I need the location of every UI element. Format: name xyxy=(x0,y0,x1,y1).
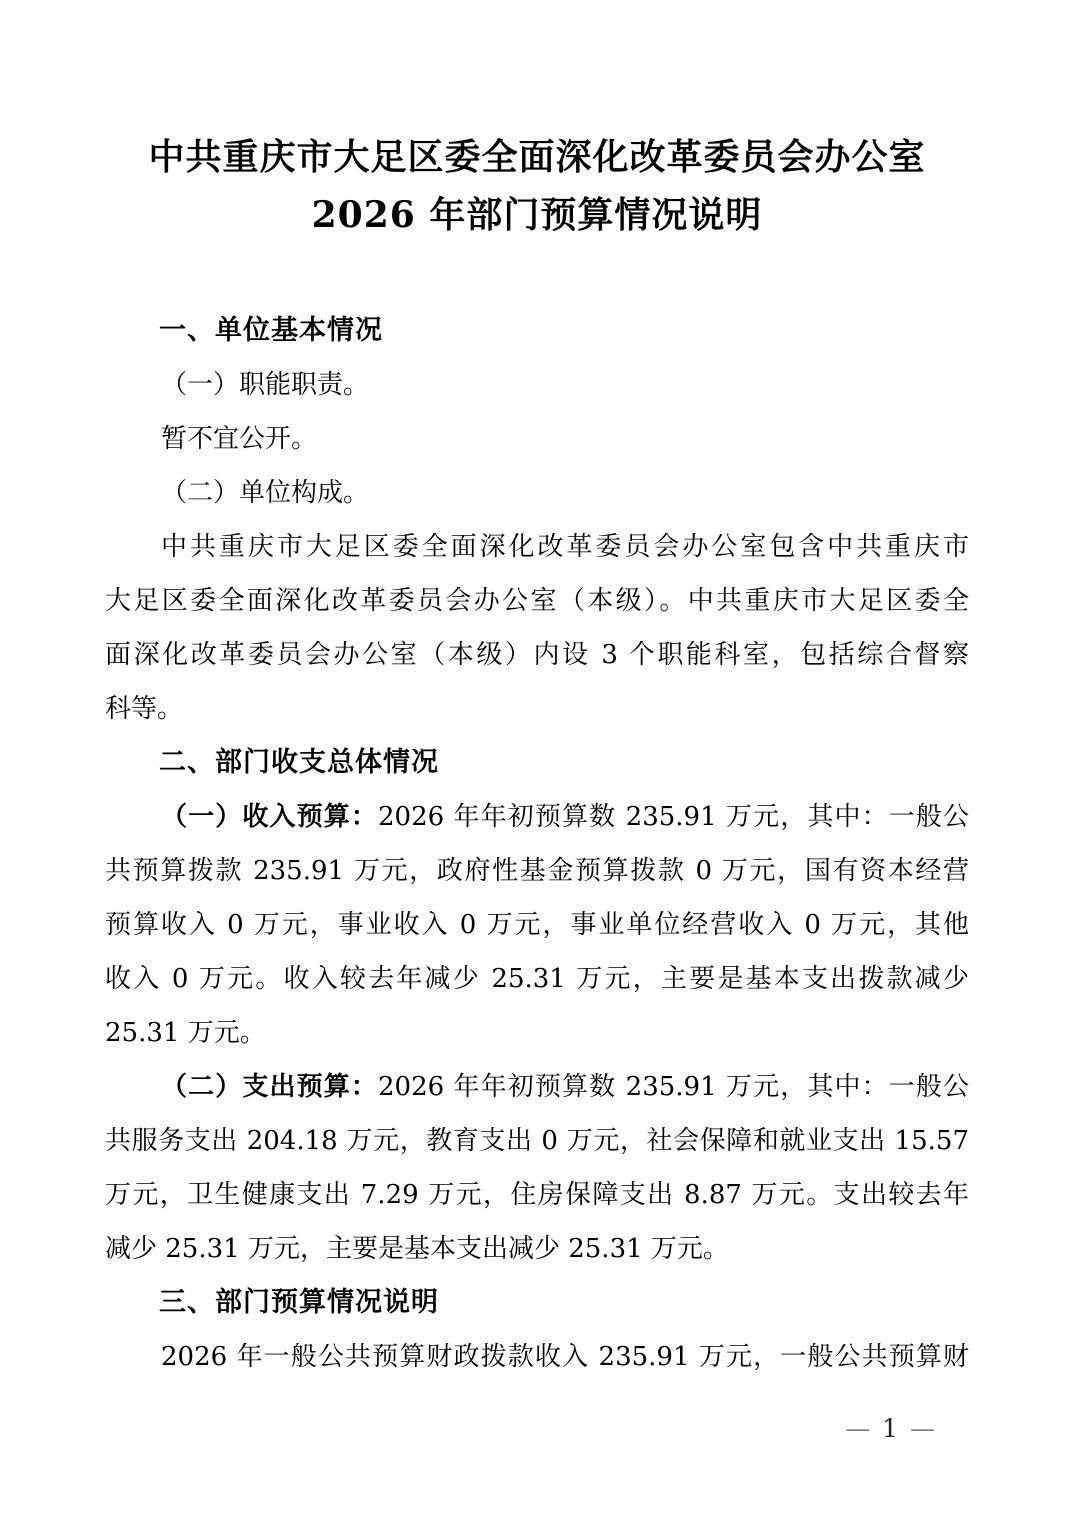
section1-paragraph-roles: （一）职能职责。 xyxy=(105,358,969,412)
page-number-dash-left: — xyxy=(845,1414,872,1443)
section3-paragraph-line1: 2026 年一般公共预算财政拨款收入 235.91 万元，一般公共预算财 xyxy=(105,1330,969,1384)
document-title-line1: 中共重庆市大足区委全面深化改革委员会办公室 xyxy=(0,128,1074,186)
section1-org-paragraph-line1: 中共重庆市大足区委全面深化改革委员会办公室包含中共重庆市 xyxy=(105,520,969,574)
expense-paragraph-lead: （二）支出预算： xyxy=(161,1072,378,1102)
section2-heading: 二、部门收支总体情况 xyxy=(105,736,969,790)
document-title-line2: 2026 年部门预算情况说明 xyxy=(0,186,1074,244)
section1-org-paragraph-line4: 科等。 xyxy=(105,682,969,736)
document-title: 中共重庆市大足区委全面深化改革委员会办公室 2026 年部门预算情况说明 xyxy=(0,128,1074,244)
section2-expense-line3: 万元，卫生健康支出 7.29 万元，住房保障支出 8.87 万元。支出较去年 xyxy=(105,1168,969,1222)
section2-income-line3: 预算收入 0 万元，事业收入 0 万元，事业单位经营收入 0 万元，其他 xyxy=(105,898,969,952)
section2-income-line1: （一）收入预算：2026 年年初预算数 235.91 万元，其中：一般公 xyxy=(105,790,969,844)
section2-income-line5: 25.31 万元。 xyxy=(105,1006,969,1060)
document-page: 中共重庆市大足区委全面深化改革委员会办公室 2026 年部门预算情况说明 一、单… xyxy=(0,0,1074,1520)
section3-heading: 三、部门预算情况说明 xyxy=(105,1276,969,1330)
section1-org-paragraph-line3: 面深化改革委员会办公室（本级）内设 3 个职能科室，包括综合督察 xyxy=(105,628,969,682)
income-paragraph-lead: （一）收入预算： xyxy=(161,802,378,832)
expense-paragraph-line1-rest: 2026 年年初预算数 235.91 万元，其中：一般公 xyxy=(378,1072,969,1102)
section1-heading: 一、单位基本情况 xyxy=(105,304,969,358)
document-body: 一、单位基本情况 （一）职能职责。 暂不宜公开。 （二）单位构成。 中共重庆市大… xyxy=(105,304,969,1384)
section1-paragraph-composition: （二）单位构成。 xyxy=(105,466,969,520)
section2-expense-line1: （二）支出预算：2026 年年初预算数 235.91 万元，其中：一般公 xyxy=(105,1060,969,1114)
section2-expense-line4: 减少 25.31 万元，主要是基本支出减少 25.31 万元。 xyxy=(105,1222,969,1276)
section1-org-paragraph-line2: 大足区委全面深化改革委员会办公室（本级）。中共重庆市大足区委全 xyxy=(105,574,969,628)
income-paragraph-line1-rest: 2026 年年初预算数 235.91 万元，其中：一般公 xyxy=(378,802,969,832)
page-number: — 1 — xyxy=(845,1412,937,1446)
page-number-value: 1 xyxy=(882,1414,900,1443)
page-number-dash-right: — xyxy=(910,1414,937,1443)
section2-income-line4: 收入 0 万元。收入较去年减少 25.31 万元，主要是基本支出拨款减少 xyxy=(105,952,969,1006)
section2-income-line2: 共预算拨款 235.91 万元，政府性基金预算拨款 0 万元，国有资本经营 xyxy=(105,844,969,898)
section1-paragraph-private: 暂不宜公开。 xyxy=(105,412,969,466)
section2-expense-line2: 共服务支出 204.18 万元，教育支出 0 万元，社会保障和就业支出 15.5… xyxy=(105,1114,969,1168)
